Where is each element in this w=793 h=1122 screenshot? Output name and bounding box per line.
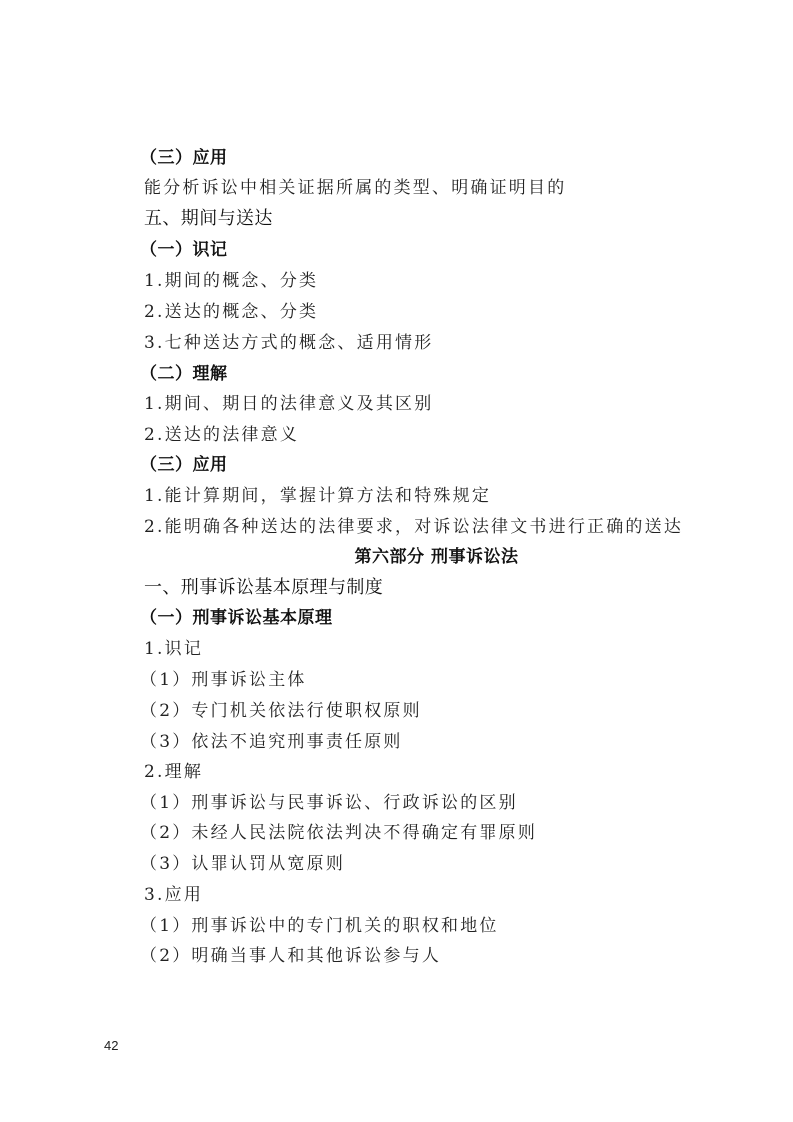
body-text: 能分析诉讼中相关证据所属的类型、明确证明目的 xyxy=(144,177,566,199)
list-item: 2.能明确各种送达的法律要求，对诉讼法律文书进行正确的送达 xyxy=(144,516,683,538)
section-heading-period-and-service: 五、期间与送达 xyxy=(144,208,273,230)
list-item: 1.期间的概念、分类 xyxy=(144,270,318,292)
list-item: （3）认罪认罚从宽原则 xyxy=(140,853,345,875)
list-item: 3.七种送达方式的概念、适用情形 xyxy=(144,332,433,354)
list-item: 2.送达的概念、分类 xyxy=(144,301,318,323)
subsection-heading-understand: （二）理解 xyxy=(140,363,228,385)
list-item: （2）明确当事人和其他诉讼参与人 xyxy=(140,945,441,967)
list-item: （1）刑事诉讼中的专门机关的职权和地位 xyxy=(140,915,499,937)
list-heading: 2.理解 xyxy=(144,761,203,783)
list-item: 1.期间、期日的法律意义及其区别 xyxy=(144,393,433,415)
subsection-heading-application: （三）应用 xyxy=(140,147,228,169)
document-page: （三）应用 能分析诉讼中相关证据所属的类型、明确证明目的 五、期间与送达 （一）… xyxy=(0,0,793,1122)
list-item: 1.能计算期间，掌握计算方法和特殊规定 xyxy=(144,485,491,507)
list-item: （2）专门机关依法行使职权原则 xyxy=(140,700,422,722)
list-heading: 1.识记 xyxy=(144,638,203,660)
list-item: （1）刑事诉讼主体 xyxy=(140,669,307,691)
list-item: （2）未经人民法院依法判决不得确定有罪原则 xyxy=(140,822,537,844)
part-title: 第六部分 刑事诉讼法 xyxy=(0,546,793,568)
list-item: （3）依法不追究刑事责任原则 xyxy=(140,731,403,753)
list-item: （1）刑事诉讼与民事诉讼、行政诉讼的区别 xyxy=(140,792,518,814)
subsection-heading-memorize: （一）识记 xyxy=(140,239,228,261)
subsection-heading-basic-principles: （一）刑事诉讼基本原理 xyxy=(140,607,333,629)
list-heading: 3.应用 xyxy=(144,884,203,906)
page-number: 42 xyxy=(104,1038,118,1053)
section-heading-criminal-procedure-principles: 一、刑事诉讼基本原理与制度 xyxy=(144,577,383,599)
subsection-heading-application: （三）应用 xyxy=(140,454,228,476)
list-item: 2.送达的法律意义 xyxy=(144,424,299,446)
